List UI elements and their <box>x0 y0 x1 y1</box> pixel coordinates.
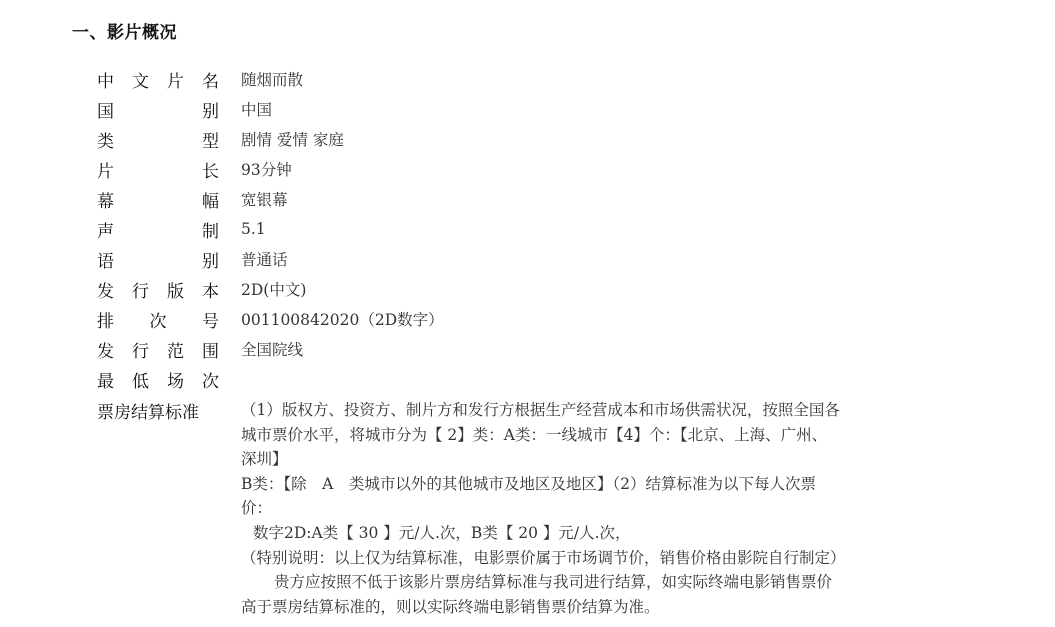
label-char: 排 <box>97 307 114 332</box>
field-label: 幕 幅 <box>97 187 219 212</box>
label-char: 版 <box>167 277 184 302</box>
label-char: 围 <box>202 337 219 362</box>
settlement-line: 城市票价水平，将城市分为【 2】类：A类：一线城市【4】个：【北京、上海、广州、 <box>241 423 981 448</box>
settlement-paragraph: （1）版权方、投资方、制片方和发行方根据生产经营成本和市场供需状况，按照全国各 … <box>241 398 981 619</box>
field-row-schedule-number: 排 次 号 001100842020（2D数字） <box>97 304 444 334</box>
field-value: 随烟而散 <box>241 68 303 90</box>
settlement-standard-row: 票房结算标准 （1）版权方、投资方、制片方和发行方根据生产经营成本和市场供需状况… <box>97 398 981 619</box>
field-label: 中 文 片 名 <box>97 67 219 92</box>
label-char: 场 <box>167 367 184 392</box>
label-char: 别 <box>202 247 219 272</box>
settlement-line: （1）版权方、投资方、制片方和发行方根据生产经营成本和市场供需状况，按照全国各 <box>241 398 981 423</box>
settlement-line: 贵方应按照不低于该影片票房结算标准与我司进行结算，如实际终端电影销售票价 <box>241 570 981 595</box>
field-label: 最 低 场 次 <box>97 367 219 392</box>
field-label: 语 别 <box>97 247 219 272</box>
field-label: 片 长 <box>97 157 219 182</box>
field-value: 5.1 <box>241 220 266 238</box>
field-row-language: 语 别 普通话 <box>97 244 444 274</box>
settlement-line: 深圳】 <box>241 447 981 472</box>
field-row-screen-format: 幕 幅 宽银幕 <box>97 184 444 214</box>
field-value: 普通话 <box>241 248 288 270</box>
label-char: 幕 <box>97 187 114 212</box>
label-char: 最 <box>97 367 114 392</box>
field-value: 宽银幕 <box>241 188 288 210</box>
label-char: 制 <box>202 217 219 242</box>
label-char: 发 <box>97 337 114 362</box>
label-char: 型 <box>202 127 219 152</box>
field-row-minimum-screenings: 最 低 场 次 <box>97 364 444 394</box>
field-label: 排 次 号 <box>97 307 219 332</box>
label-char: 片 <box>167 67 184 92</box>
label-char: 行 <box>132 337 149 362</box>
label-char: 发 <box>97 277 114 302</box>
label-char: 次 <box>150 307 167 332</box>
label-char: 语 <box>97 247 114 272</box>
field-row-sound: 声 制 5.1 <box>97 214 444 244</box>
settlement-line: B类：【除 A 类城市以外的其他城市及地区及地区】（2）结算标准为以下每人次票 <box>241 472 981 497</box>
label-char: 次 <box>202 367 219 392</box>
settlement-label: 票房结算标准 <box>97 398 219 619</box>
label-char: 片 <box>97 157 114 182</box>
field-value: 中国 <box>241 98 272 120</box>
label-char: 名 <box>202 67 219 92</box>
label-char: 号 <box>202 307 219 332</box>
label-char: 行 <box>132 277 149 302</box>
field-value: 2D(中文) <box>241 278 306 300</box>
label-char: 范 <box>167 337 184 362</box>
field-value: 001100842020（2D数字） <box>241 308 444 330</box>
field-row-country: 国 别 中国 <box>97 94 444 124</box>
film-info-table: 中 文 片 名 随烟而散 国 别 中国 类 型 剧情 爱情 家庭 片 长 93分… <box>97 64 444 394</box>
field-row-release-version: 发 行 版 本 2D(中文) <box>97 274 444 304</box>
section-title: 一、影片概况 <box>72 18 177 43</box>
field-row-genre: 类 型 剧情 爱情 家庭 <box>97 124 444 154</box>
settlement-line: 数字2D:A类【 30 】元/人.次，B类【 20 】元/人.次， <box>241 521 981 546</box>
field-label: 声 制 <box>97 217 219 242</box>
label-char: 低 <box>132 367 149 392</box>
label-char: 中 <box>97 67 114 92</box>
settlement-line: 高于票房结算标准的，则以实际终端电影销售票价结算为准。 <box>241 595 981 620</box>
settlement-line: （特别说明：以上仅为结算标准，电影票价属于市场调节价，销售价格由影院自行制定） <box>241 546 981 571</box>
label-char: 文 <box>132 67 149 92</box>
field-label: 类 型 <box>97 127 219 152</box>
field-value: 全国院线 <box>241 338 303 360</box>
field-value: 93分钟 <box>241 158 292 180</box>
label-char: 长 <box>202 157 219 182</box>
field-label: 发 行 版 本 <box>97 277 219 302</box>
label-char: 类 <box>97 127 114 152</box>
field-value: 剧情 爱情 家庭 <box>241 128 344 150</box>
field-label: 发 行 范 围 <box>97 337 219 362</box>
field-row-duration: 片 长 93分钟 <box>97 154 444 184</box>
label-char: 国 <box>97 97 114 122</box>
label-char: 别 <box>202 97 219 122</box>
field-row-release-scope: 发 行 范 围 全国院线 <box>97 334 444 364</box>
field-row-chinese-title: 中 文 片 名 随烟而散 <box>97 64 444 94</box>
field-label: 国 别 <box>97 97 219 122</box>
label-char: 声 <box>97 217 114 242</box>
settlement-line: 价： <box>241 496 981 521</box>
label-char: 本 <box>202 277 219 302</box>
label-char: 幅 <box>202 187 219 212</box>
